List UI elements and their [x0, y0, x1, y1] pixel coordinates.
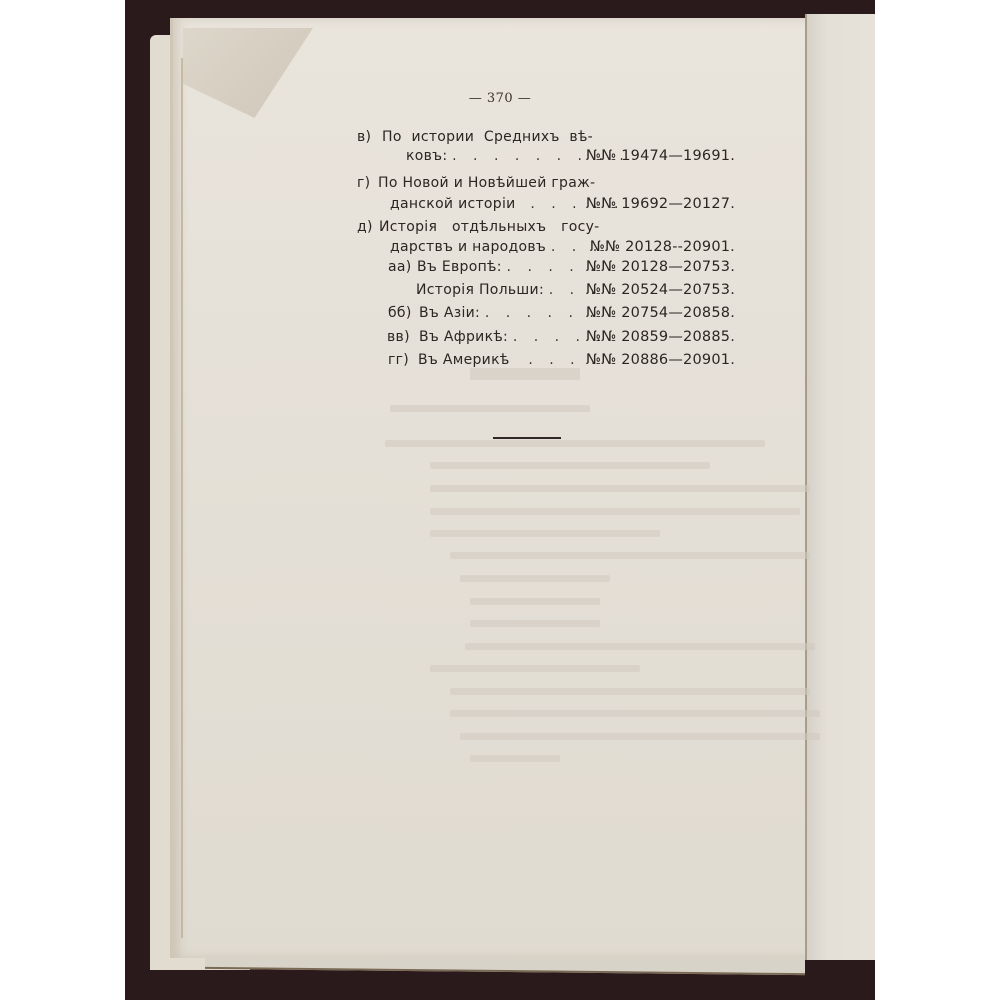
- range-value: 20128—20753.: [621, 259, 735, 275]
- entry-title: Исторія отдѣльныхъ госу-: [379, 219, 600, 235]
- entry-title-cont: дарствъ и народовъ . . .: [390, 239, 603, 255]
- entry-marker: д): [357, 219, 373, 235]
- entry-title-cont: Въ Америкѣ . . . .: [418, 352, 601, 368]
- entry-title-line: Въ Африкѣ:: [419, 329, 508, 345]
- page-text: — 370 — в) По истории Среднихъ вѣ- ковъ:…: [0, 0, 1000, 1000]
- entry-marker: аа): [388, 259, 412, 275]
- range-value: 20524—20753.: [621, 282, 735, 298]
- range-value: 20754—20858.: [621, 305, 735, 321]
- number-sign: №№: [586, 352, 617, 368]
- range-value: 20859—20885.: [621, 329, 735, 345]
- entry-title: По истории Среднихъ вѣ-: [382, 129, 593, 145]
- range-value: 19692—20127.: [621, 196, 735, 212]
- entry-range: №№ 20754—20858.: [586, 305, 735, 321]
- entry-range: №№ 20886—20901.: [586, 352, 735, 368]
- entry-title-cont: Въ Азіи: . . . . . .: [419, 305, 600, 321]
- page-number: — 370 —: [0, 91, 1000, 106]
- number-sign: №№: [590, 239, 621, 255]
- number-sign: №№: [586, 305, 617, 321]
- entry-range: №№ 19692—20127.: [586, 196, 735, 212]
- entry-marker: гг): [388, 352, 409, 368]
- number-sign: №№: [586, 196, 617, 212]
- entry-range: №№ 20128--20901.: [590, 239, 735, 255]
- range-value: 19474—19691.: [621, 148, 735, 164]
- section-divider: [493, 437, 561, 439]
- entry-range: №№ 20128—20753.: [586, 259, 735, 275]
- dot-leader: . . . . . .: [485, 305, 600, 321]
- range-value: 20886—20901.: [621, 352, 735, 368]
- entry-title-line: Исторія Польши:: [416, 282, 544, 298]
- entry-marker: в): [357, 129, 371, 145]
- entry-title-line: ковъ:: [406, 148, 447, 164]
- number-sign: №№: [586, 282, 617, 298]
- entry-marker: вв): [387, 329, 410, 345]
- entry-title-line: Въ Азіи:: [419, 305, 480, 321]
- entry-title-line: Въ Европѣ:: [417, 259, 502, 275]
- entry-range: №№ 20524—20753.: [586, 282, 735, 298]
- entry-title-cont: Въ Европѣ: . . . . .: [417, 259, 601, 275]
- range-value: 20128--20901.: [625, 239, 735, 255]
- entry-range: №№ 19474—19691.: [586, 148, 735, 164]
- entry-title-line: Въ Америкѣ: [418, 352, 510, 368]
- number-sign: №№: [586, 148, 617, 164]
- entry-title-line: дарствъ и народовъ: [390, 239, 546, 255]
- entry-title: По Новой и Новѣйшей граж-: [378, 175, 595, 191]
- entry-title-cont: Исторія Польши: . . .: [416, 282, 601, 298]
- entry-marker: г): [357, 175, 370, 191]
- entry-range: №№ 20859—20885.: [586, 329, 735, 345]
- number-sign: №№: [586, 259, 617, 275]
- entry-marker: бб): [388, 305, 412, 321]
- entry-title-cont: Въ Африкѣ: . . . . .: [419, 329, 607, 345]
- number-sign: №№: [586, 329, 617, 345]
- entry-title-line: данской исторіи: [390, 196, 516, 212]
